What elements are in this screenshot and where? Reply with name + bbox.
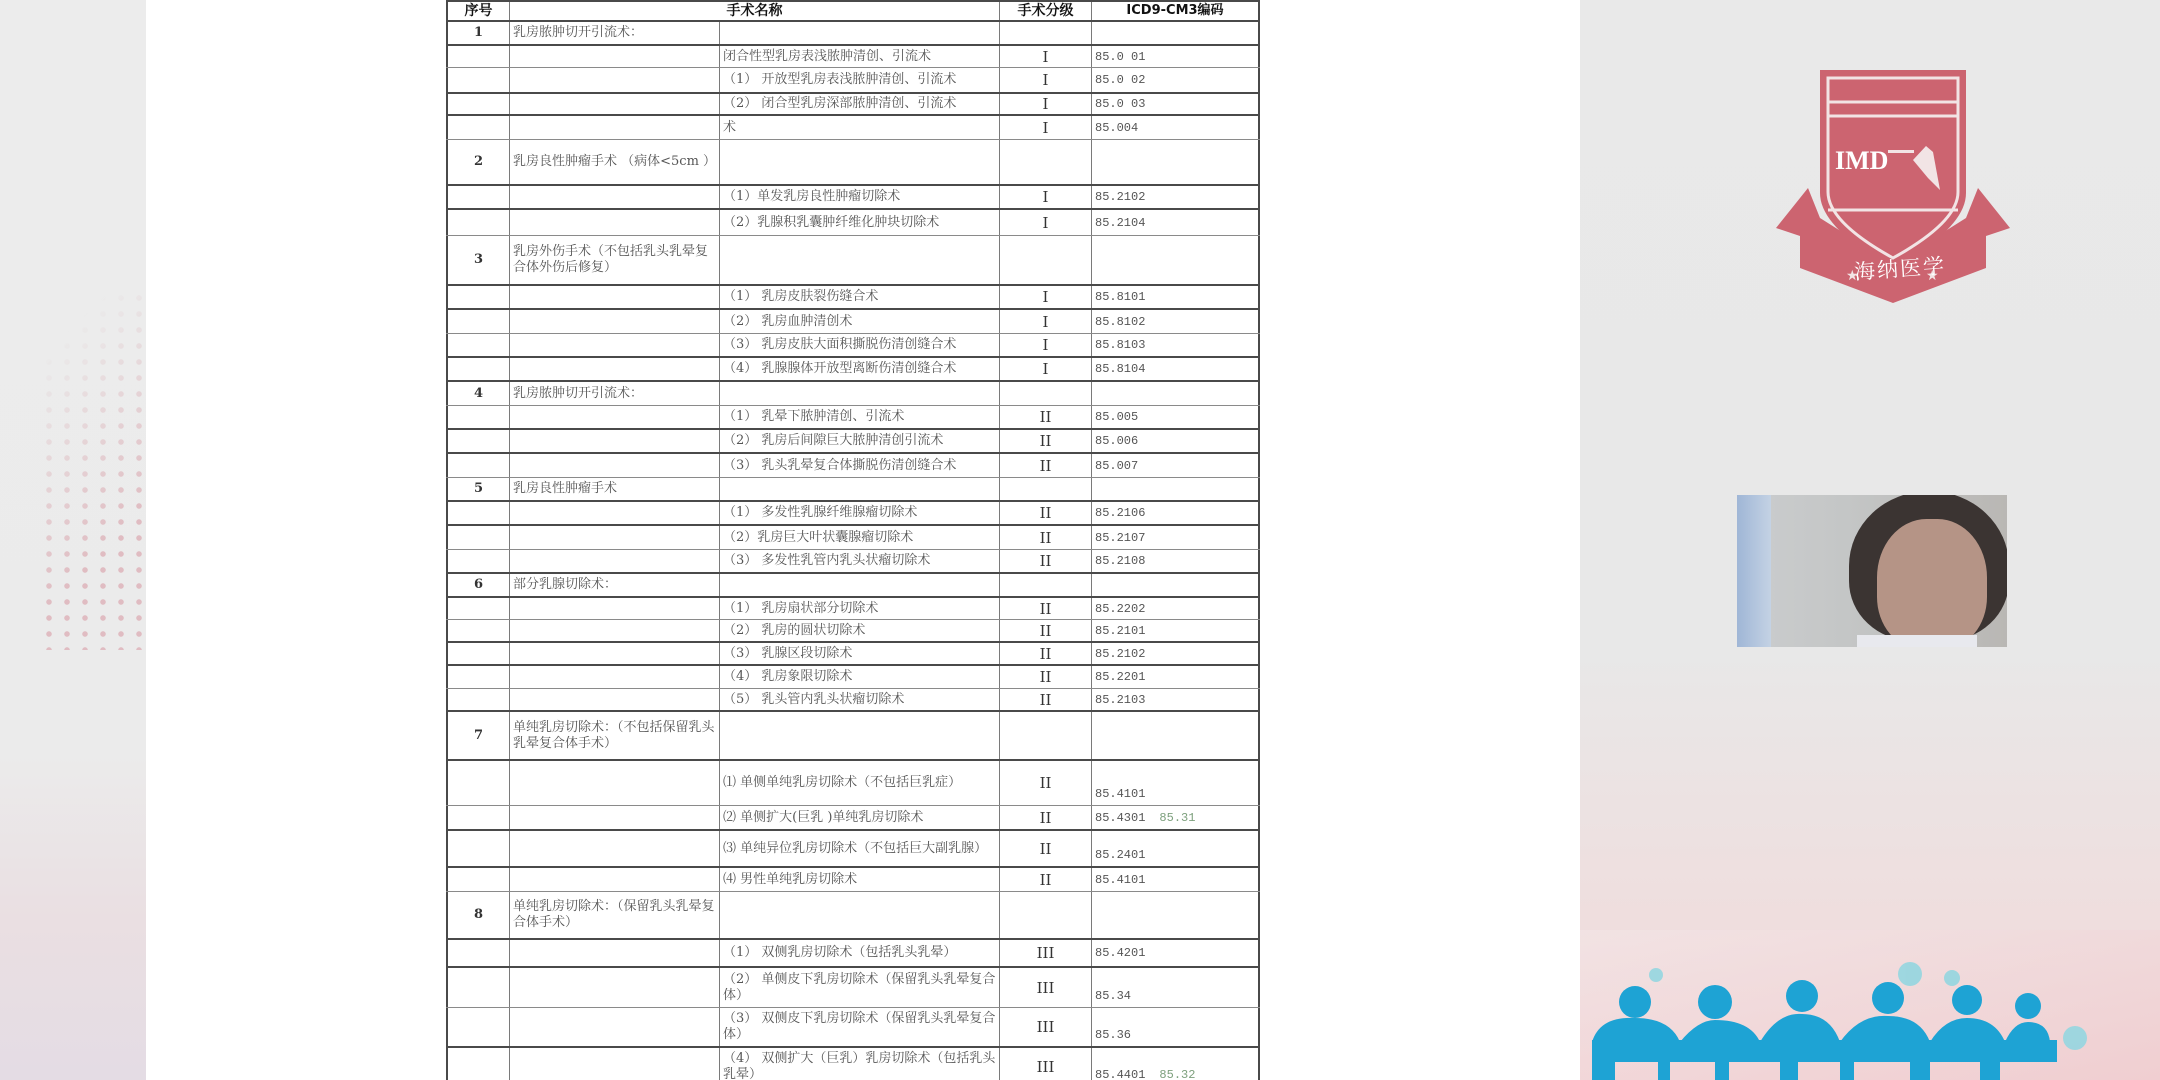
table-row: （1） 开放型乳房表浅脓肿清创、引流术I85.0 02 xyxy=(446,68,1260,94)
category-name: 乳房良性肿瘤手术 xyxy=(510,478,720,500)
icd-code: 85.4201 xyxy=(1092,940,1260,966)
category-name xyxy=(510,761,720,805)
surgery-grade: II xyxy=(1000,868,1092,891)
row-index xyxy=(446,430,510,452)
icd-code-value: 85.4301 xyxy=(1095,810,1145,826)
icd-code xyxy=(1092,892,1260,938)
row-index xyxy=(446,46,510,67)
category-name xyxy=(510,116,720,139)
table-row: （3） 乳房皮肤大面积撕脱伤清创缝合术I85.8103 xyxy=(446,334,1260,358)
category-name xyxy=(510,868,720,891)
procedure-name: （2）乳房巨大叶状囊腺瘤切除术 xyxy=(720,526,1000,549)
category-name xyxy=(510,406,720,428)
category-name xyxy=(510,940,720,966)
procedure-name: ⑷ 男性单纯乳房切除术 xyxy=(720,868,1000,891)
table-category-row: 1乳房脓肿切开引流术： xyxy=(446,22,1260,46)
surgery-grade: I xyxy=(1000,210,1092,235)
category-name: 乳房脓肿切开引流术： xyxy=(510,22,720,44)
procedure-name: （1） 乳房扇状部分切除术 xyxy=(720,598,1000,619)
procedure-name xyxy=(720,236,1000,284)
table-header-row: 序号手术名称手术分级ICD9-CM3编码 xyxy=(446,0,1260,22)
procedure-name xyxy=(720,712,1000,759)
surgery-grade xyxy=(1000,140,1092,184)
row-index xyxy=(446,1008,510,1046)
table-row: ⑵ 单侧扩大(巨乳 )单纯乳房切除术II85.430185.31 xyxy=(446,806,1260,831)
procedure-name: （3） 乳头乳晕复合体撕脱伤清创缝合术 xyxy=(720,454,1000,477)
procedure-name: （5） 乳头管内乳头状瘤切除术 xyxy=(720,689,1000,710)
row-index xyxy=(446,666,510,688)
table-row: （5） 乳头管内乳头状瘤切除术II85.2103 xyxy=(446,689,1260,712)
category-name xyxy=(510,968,720,1007)
table-row: ⑶ 单纯异位乳房切除术（不包括巨大副乳腺）II85.2401 xyxy=(446,831,1260,868)
procedure-name xyxy=(720,22,1000,44)
surgery-grade: III xyxy=(1000,1008,1092,1046)
procedure-name: （2） 乳房血肿清创术 xyxy=(720,310,1000,333)
procedure-name: （3） 多发性乳管内乳头状瘤切除术 xyxy=(720,550,1000,572)
row-index xyxy=(446,968,510,1007)
category-name xyxy=(510,502,720,524)
row-index xyxy=(446,598,510,619)
presenter-face xyxy=(1877,519,1987,647)
icd-code-value: 85.4201 xyxy=(1095,945,1145,961)
icd-code-value: 85.006 xyxy=(1095,433,1138,449)
surgery-grade xyxy=(1000,236,1092,284)
category-name xyxy=(510,831,720,866)
surgery-grade: II xyxy=(1000,550,1092,572)
category-name xyxy=(510,334,720,356)
icd-code-value: 85.2201 xyxy=(1095,669,1145,685)
table-row: （1） 乳房皮肤裂伤缝合术I85.8101 xyxy=(446,286,1260,310)
icd-code: 85.2106 xyxy=(1092,502,1260,524)
procedure-name: （1） 乳房皮肤裂伤缝合术 xyxy=(720,286,1000,308)
surgery-grade: I xyxy=(1000,68,1092,92)
row-index xyxy=(446,502,510,524)
left-decorative-panel xyxy=(0,0,146,1080)
surgery-grade: I xyxy=(1000,358,1092,380)
category-name xyxy=(510,68,720,92)
icd-code: 85.2107 xyxy=(1092,526,1260,549)
procedure-name: ⑶ 单纯异位乳房切除术（不包括巨大副乳腺） xyxy=(720,831,1000,866)
icd-code: 85.007 xyxy=(1092,454,1260,477)
icd-code: 85.430185.31 xyxy=(1092,806,1260,829)
table-row: 闭合性型乳房表浅脓肿清创、引流术I85.0 01 xyxy=(446,46,1260,68)
surgery-grade: III xyxy=(1000,968,1092,1007)
row-index xyxy=(446,68,510,92)
icd-code-value: 85.4101 xyxy=(1095,872,1145,888)
row-index: 7 xyxy=(446,712,510,759)
header-index: 序号 xyxy=(446,2,510,20)
logo-abbr: IMD xyxy=(1835,146,1888,176)
row-index xyxy=(446,454,510,477)
icd-code xyxy=(1092,478,1260,500)
procedure-name: ⑴ 单侧单纯乳房切除术（不包括巨乳症） xyxy=(720,761,1000,805)
row-index xyxy=(446,94,510,114)
logo-chinese-name: 海纳医学 xyxy=(1853,250,1947,286)
surgery-grade: II xyxy=(1000,620,1092,641)
table-row: （1） 双侧乳房切除术（包括乳头乳晕）III85.4201 xyxy=(446,940,1260,968)
icd-code: 85.0 02 xyxy=(1092,68,1260,92)
category-name xyxy=(510,550,720,572)
procedure-name: （1） 乳晕下脓肿清创、引流术 xyxy=(720,406,1000,428)
table-row: （1） 乳晕下脓肿清创、引流术II85.005 xyxy=(446,406,1260,430)
surgery-grade: II xyxy=(1000,643,1092,664)
procedure-name: （2） 闭合型乳房深部脓肿清创、引流术 xyxy=(720,94,1000,114)
surgery-grade: III xyxy=(1000,1048,1092,1080)
icd-code-value: 85.2106 xyxy=(1095,505,1145,521)
table-row: （2） 乳房的圆状切除术II85.2101 xyxy=(446,620,1260,643)
procedure-name: （4） 乳房象限切除术 xyxy=(720,666,1000,688)
procedure-name xyxy=(720,892,1000,938)
icd-code: 85.004 xyxy=(1092,116,1260,139)
procedure-name: （1） 开放型乳房表浅脓肿清创、引流术 xyxy=(720,68,1000,92)
icd-code-value: 85.0 03 xyxy=(1095,96,1145,112)
icd-code-value: 85.2102 xyxy=(1095,646,1145,662)
icd-code-value: 85.005 xyxy=(1095,409,1138,425)
procedure-name: （4） 双侧扩大（巨乳）乳房切除术（包括乳头乳晕） xyxy=(720,1048,1000,1080)
icd-code-value: 85.004 xyxy=(1095,120,1138,136)
icd-code xyxy=(1092,140,1260,184)
row-index xyxy=(446,286,510,308)
icd-code: 85.36 xyxy=(1092,1008,1260,1046)
category-name xyxy=(510,210,720,235)
surgery-grade: II xyxy=(1000,666,1092,688)
icd-code: 85.4101 xyxy=(1092,868,1260,891)
header-icd-code: ICD9-CM3编码 xyxy=(1092,2,1260,20)
row-index xyxy=(446,334,510,356)
icd-code: 85.8104 xyxy=(1092,358,1260,380)
icd-code: 85.4101 xyxy=(1092,761,1260,805)
table-row: （2） 乳房后间隙巨大脓肿清创引流术II85.006 xyxy=(446,430,1260,454)
icd-code-value: 85.2401 xyxy=(1095,847,1145,863)
icd-code-value: 85.2104 xyxy=(1095,215,1145,231)
row-index xyxy=(446,116,510,139)
surgery-grade: I xyxy=(1000,186,1092,208)
surgery-grade: I xyxy=(1000,46,1092,67)
category-name: 乳房良性肿瘤手术 （病体<5cm ） xyxy=(510,140,720,184)
icd-code-value: 85.4101 xyxy=(1095,786,1145,802)
surgery-grade: II xyxy=(1000,454,1092,477)
dot-pattern xyxy=(40,290,146,650)
icd-code-value: 85.007 xyxy=(1095,458,1138,474)
category-name xyxy=(510,358,720,380)
row-index xyxy=(446,406,510,428)
procedure-name: （2） 乳房后间隙巨大脓肿清创引流术 xyxy=(720,430,1000,452)
surgery-grade: I xyxy=(1000,310,1092,333)
category-name xyxy=(510,186,720,208)
icd-code-value: 85.36 xyxy=(1095,1027,1131,1043)
header-procedure-name: 手术名称 xyxy=(510,2,1000,20)
surgery-grade: I xyxy=(1000,334,1092,356)
category-name xyxy=(510,46,720,67)
surgery-grade xyxy=(1000,892,1092,938)
icd-code: 85.8102 xyxy=(1092,310,1260,333)
table-row: （1）单发乳房良性肿瘤切除术I85.2102 xyxy=(446,186,1260,210)
icd-code xyxy=(1092,574,1260,596)
row-index xyxy=(446,550,510,572)
row-index xyxy=(446,689,510,710)
table-category-row: 2乳房良性肿瘤手术 （病体<5cm ） xyxy=(446,140,1260,186)
category-name xyxy=(510,526,720,549)
table-category-row: 6部分乳腺切除术： xyxy=(446,574,1260,598)
surgery-grade: II xyxy=(1000,689,1092,710)
row-index: 6 xyxy=(446,574,510,596)
procedure-name: 闭合性型乳房表浅脓肿清创、引流术 xyxy=(720,46,1000,67)
surgery-grade: II xyxy=(1000,806,1092,829)
icd-code-value: 85.2107 xyxy=(1095,530,1145,546)
table-row: （2） 乳房血肿清创术I85.8102 xyxy=(446,310,1260,334)
icd-code: 85.34 xyxy=(1092,968,1260,1007)
row-index xyxy=(446,940,510,966)
table-row: （2）乳房巨大叶状囊腺瘤切除术II85.2107 xyxy=(446,526,1260,550)
icd-code: 85.0 01 xyxy=(1092,46,1260,67)
category-name: 单纯乳房切除术：（不包括保留乳头乳晕复合体手术） xyxy=(510,712,720,759)
procedure-name: （3） 乳房皮肤大面积撕脱伤清创缝合术 xyxy=(720,334,1000,356)
procedure-name: （2）乳腺积乳囊肿纤维化肿块切除术 xyxy=(720,210,1000,235)
row-index xyxy=(446,1048,510,1080)
table-row: （3） 乳腺区段切除术II85.2102 xyxy=(446,643,1260,666)
table-row: （2） 闭合型乳房深部脓肿清创、引流术I85.0 03 xyxy=(446,94,1260,116)
procedure-name: （1） 多发性乳腺纤维腺瘤切除术 xyxy=(720,502,1000,524)
table-category-row: 5乳房良性肿瘤手术 xyxy=(446,478,1260,502)
icd-code: 85.8103 xyxy=(1092,334,1260,356)
row-index xyxy=(446,868,510,891)
category-name xyxy=(510,1048,720,1080)
surgery-grade xyxy=(1000,574,1092,596)
table-row: ⑴ 单侧单纯乳房切除术（不包括巨乳症）II85.4101 xyxy=(446,761,1260,806)
procedure-name xyxy=(720,382,1000,405)
procedure-name xyxy=(720,574,1000,596)
procedure-name: （3） 乳腺区段切除术 xyxy=(720,643,1000,664)
row-index xyxy=(446,643,510,664)
header-grade: 手术分级 xyxy=(1000,2,1092,20)
surgery-grade: II xyxy=(1000,761,1092,805)
row-index xyxy=(446,806,510,829)
icd-code: 85.2104 xyxy=(1092,210,1260,235)
table-row: （4） 双侧扩大（巨乳）乳房切除术（包括乳头乳晕）III85.440185.32 xyxy=(446,1048,1260,1080)
table-row: ⑷ 男性单纯乳房切除术II85.4101 xyxy=(446,868,1260,892)
table-category-row: 7单纯乳房切除术：（不包括保留乳头乳晕复合体手术） xyxy=(446,712,1260,761)
icd-code-alt-value: 85.31 xyxy=(1159,810,1195,826)
icd-code-value: 85.34 xyxy=(1095,988,1131,1004)
icd-code-value: 85.0 02 xyxy=(1095,72,1145,88)
icd-code: 85.440185.32 xyxy=(1092,1048,1260,1080)
table-row: （2）乳腺积乳囊肿纤维化肿块切除术I85.2104 xyxy=(446,210,1260,236)
icd-code: 85.2202 xyxy=(1092,598,1260,619)
row-index xyxy=(446,310,510,333)
procedure-name: （1）单发乳房良性肿瘤切除术 xyxy=(720,186,1000,208)
icd-code: 85.2102 xyxy=(1092,186,1260,208)
icd-code-value: 85.2101 xyxy=(1095,623,1145,639)
row-index xyxy=(446,186,510,208)
table-row: （2） 单侧皮下乳房切除术（保留乳头乳晕复合体）III85.34 xyxy=(446,968,1260,1008)
icd-code-value: 85.8104 xyxy=(1095,361,1145,377)
background-curtain xyxy=(1737,495,1771,647)
table-row: 术I85.004 xyxy=(446,116,1260,140)
icd-code: 85.8101 xyxy=(1092,286,1260,308)
category-name: 乳房外伤手术（不包括乳头乳晕复合体外伤后修复） xyxy=(510,236,720,284)
procedure-name: 术 xyxy=(720,116,1000,139)
row-index: 5 xyxy=(446,478,510,500)
procedure-name: （1） 双侧乳房切除术（包括乳头乳晕） xyxy=(720,940,1000,966)
category-name xyxy=(510,598,720,619)
icd-code: 85.2108 xyxy=(1092,550,1260,572)
procedure-name: （2） 单侧皮下乳房切除术（保留乳头乳晕复合体） xyxy=(720,968,1000,1007)
row-index xyxy=(446,620,510,641)
table-row: （4） 乳房象限切除术II85.2201 xyxy=(446,666,1260,689)
icd-code-value: 85.2108 xyxy=(1095,553,1145,569)
table-row: （3） 多发性乳管内乳头状瘤切除术II85.2108 xyxy=(446,550,1260,574)
surgery-grade: II xyxy=(1000,406,1092,428)
category-name xyxy=(510,620,720,641)
procedure-name: ⑵ 单侧扩大(巨乳 )单纯乳房切除术 xyxy=(720,806,1000,829)
procedure-name xyxy=(720,478,1000,500)
surgery-grade: I xyxy=(1000,286,1092,308)
surgery-grade: I xyxy=(1000,116,1092,139)
icd-code: 85.2401 xyxy=(1092,831,1260,866)
icd-code: 85.2102 xyxy=(1092,643,1260,664)
icd-code-value: 85.8102 xyxy=(1095,314,1145,330)
surgery-grade: III xyxy=(1000,940,1092,966)
icd-code xyxy=(1092,22,1260,44)
procedure-name xyxy=(720,140,1000,184)
row-index: 8 xyxy=(446,892,510,938)
category-name: 部分乳腺切除术： xyxy=(510,574,720,596)
surgery-grade: II xyxy=(1000,598,1092,619)
surgery-grade xyxy=(1000,22,1092,44)
row-index xyxy=(446,358,510,380)
surgery-grade: II xyxy=(1000,831,1092,866)
row-index: 2 xyxy=(446,140,510,184)
category-name xyxy=(510,430,720,452)
presenter-webcam-video[interactable] xyxy=(1737,495,2007,647)
category-name xyxy=(510,310,720,333)
icd-code-value: 85.8103 xyxy=(1095,337,1145,353)
category-name xyxy=(510,689,720,710)
procedure-name: （2） 乳房的圆状切除术 xyxy=(720,620,1000,641)
procedure-name: （3） 双侧皮下乳房切除术（保留乳头乳晕复合体） xyxy=(720,1008,1000,1046)
category-name xyxy=(510,806,720,829)
surgery-grade: II xyxy=(1000,430,1092,452)
icd-code-value: 85.8101 xyxy=(1095,289,1145,305)
icd-code-alt-value: 85.32 xyxy=(1159,1067,1195,1080)
icd-code-value: 85.0 01 xyxy=(1095,49,1145,65)
table-row: （3） 双侧皮下乳房切除术（保留乳头乳晕复合体）III85.36 xyxy=(446,1008,1260,1048)
procedure-name: （4） 乳腺腺体开放型离断伤清创缝合术 xyxy=(720,358,1000,380)
icd-code xyxy=(1092,382,1260,405)
icd-code-value: 85.4401 xyxy=(1095,1067,1145,1080)
icd-code: 85.2101 xyxy=(1092,620,1260,641)
category-name xyxy=(510,643,720,664)
row-index: 1 xyxy=(446,22,510,44)
icd-code-value: 85.2202 xyxy=(1095,601,1145,617)
table-row: （1） 乳房扇状部分切除术II85.2202 xyxy=(446,598,1260,620)
table-row: （1） 多发性乳腺纤维腺瘤切除术II85.2106 xyxy=(446,502,1260,526)
category-name: 单纯乳房切除术：（保留乳头乳晕复合体手术） xyxy=(510,892,720,938)
icd-code: 85.2201 xyxy=(1092,666,1260,688)
surgery-grade: II xyxy=(1000,502,1092,524)
icd-code: 85.0 03 xyxy=(1092,94,1260,114)
row-index xyxy=(446,526,510,549)
table-category-row: 8单纯乳房切除术：（保留乳头乳晕复合体手术） xyxy=(446,892,1260,940)
row-index xyxy=(446,831,510,866)
category-name xyxy=(510,286,720,308)
table-row: （4） 乳腺腺体开放型离断伤清创缝合术I85.8104 xyxy=(446,358,1260,382)
row-index: 3 xyxy=(446,236,510,284)
category-name xyxy=(510,1008,720,1046)
category-name xyxy=(510,94,720,114)
meeting-silhouette-banner xyxy=(1580,930,2160,1080)
icd-code xyxy=(1092,236,1260,284)
presenter-shirt xyxy=(1857,635,1977,647)
surgery-grade xyxy=(1000,382,1092,405)
row-index: 4 xyxy=(446,382,510,405)
category-name xyxy=(510,454,720,477)
icd-code: 85.005 xyxy=(1092,406,1260,428)
icd-code-value: 85.2103 xyxy=(1095,692,1145,708)
table-category-row: 4乳房脓肿切开引流术： xyxy=(446,382,1260,406)
table-category-row: 3乳房外伤手术（不包括乳头乳晕复合体外伤后修复） xyxy=(446,236,1260,286)
category-name xyxy=(510,666,720,688)
row-index xyxy=(446,210,510,235)
category-name: 乳房脓肿切开引流术： xyxy=(510,382,720,405)
surgery-grade: II xyxy=(1000,526,1092,549)
surgery-grade xyxy=(1000,712,1092,759)
table-row: （3） 乳头乳晕复合体撕脱伤清创缝合术II85.007 xyxy=(446,454,1260,478)
surgery-grade xyxy=(1000,478,1092,500)
icd-code: 85.006 xyxy=(1092,430,1260,452)
icd-code xyxy=(1092,712,1260,759)
row-index xyxy=(446,761,510,805)
icd-code-value: 85.2102 xyxy=(1095,189,1145,205)
surgery-grade: I xyxy=(1000,94,1092,114)
icd-code: 85.2103 xyxy=(1092,689,1260,710)
